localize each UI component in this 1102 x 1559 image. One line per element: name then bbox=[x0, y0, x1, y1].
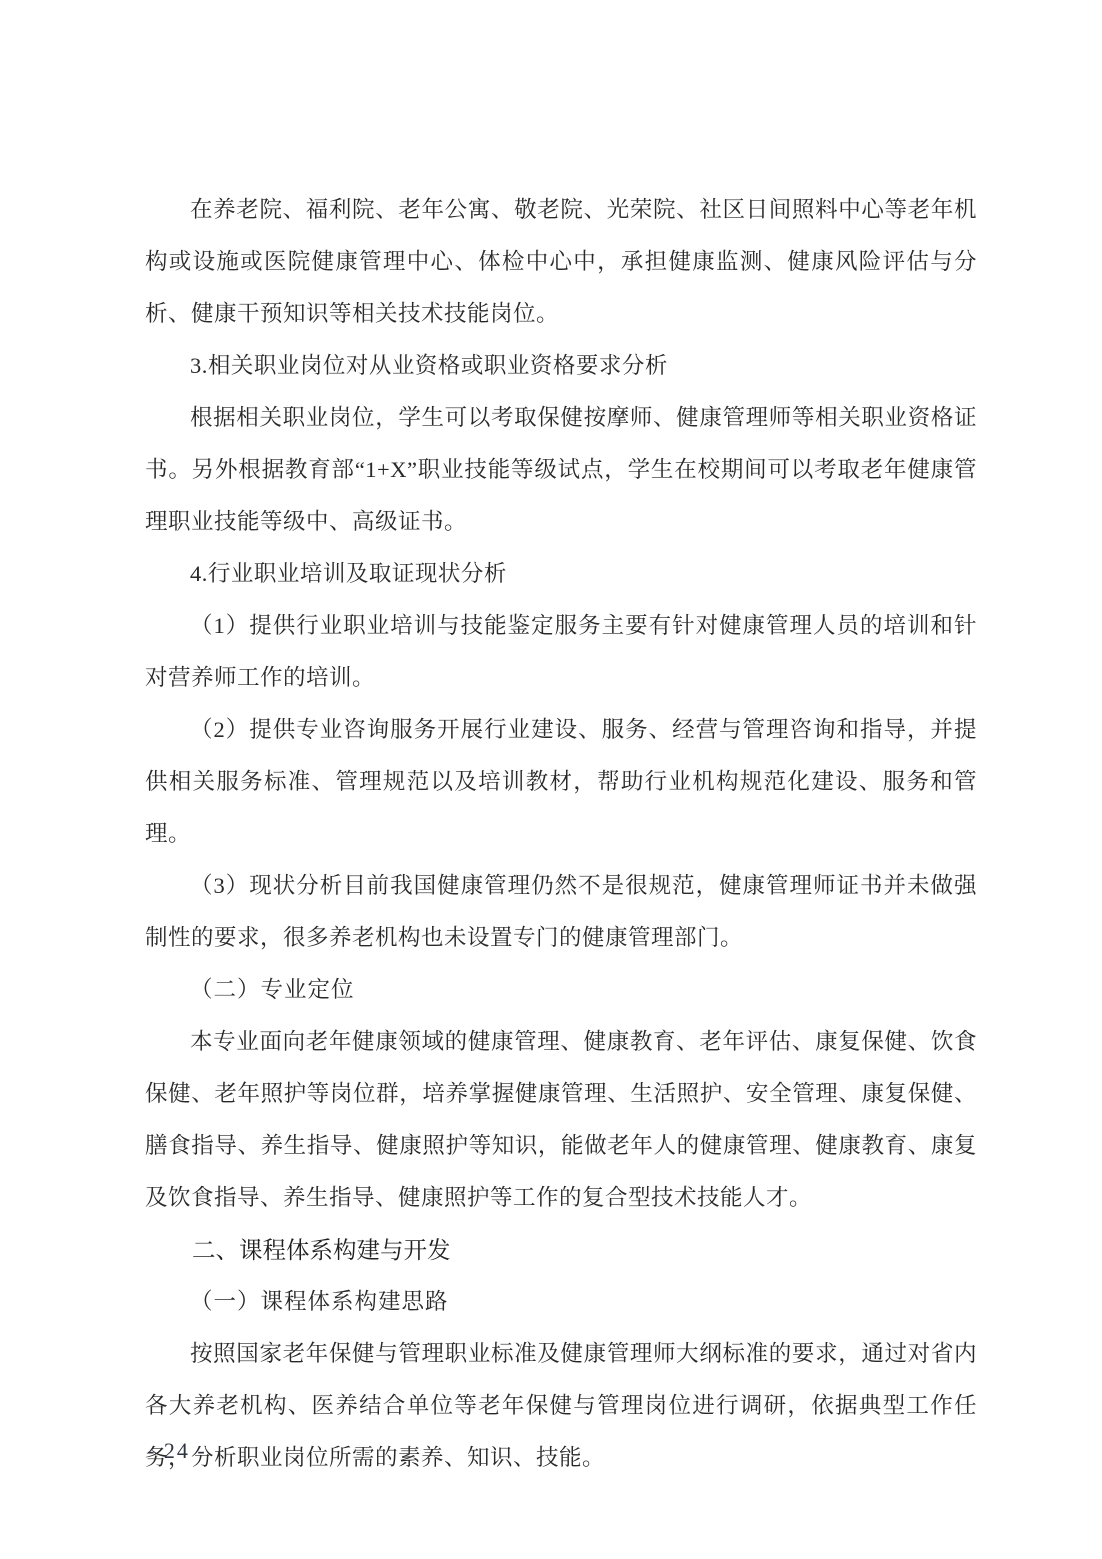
paragraph-curriculum-research: 按照国家老年保健与管理职业标准及健康管理师大纲标准的要求，通过对省内各大养老机构… bbox=[145, 1328, 977, 1484]
paragraph-item-1-training-services: （1）提供行业职业培训与技能鉴定服务主要有针对健康管理人员的培训和针对营养师工作… bbox=[145, 600, 977, 704]
page-number: - 24 - bbox=[147, 1438, 207, 1463]
paragraph-item-2-consulting-services: （2）提供专业咨询服务开展行业建设、服务、经营与管理咨询和指导，并提供相关服务标… bbox=[145, 704, 977, 860]
paragraph-elderly-institutions: 在养老院、福利院、老年公寓、敬老院、光荣院、社区日间照料中心等老年机构或设施或医… bbox=[145, 184, 977, 340]
subheading-2-professional-positioning: （二）专业定位 bbox=[145, 964, 977, 1016]
paragraph-certificates: 根据相关职业岗位，学生可以考取保健按摩师、健康管理师等相关职业资格证书。另外根据… bbox=[145, 392, 977, 548]
heading-3-qualification-analysis: 3.相关职业岗位对从业资格或职业资格要求分析 bbox=[145, 340, 977, 392]
paragraph-professional-positioning-detail: 本专业面向老年健康领域的健康管理、健康教育、老年评估、康复保健、饮食保健、老年照… bbox=[145, 1016, 977, 1224]
paragraph-item-3-status-analysis: （3）现状分析目前我国健康管理仍然不是很规范，健康管理师证书并未做强制性的要求，… bbox=[145, 860, 977, 964]
section-heading-curriculum-system: 二、课程体系构建与开发 bbox=[145, 1224, 977, 1276]
subheading-1-curriculum-construction-idea: （一）课程体系构建思路 bbox=[145, 1276, 977, 1328]
heading-4-training-status: 4.行业职业培训及取证现状分析 bbox=[145, 548, 977, 600]
page-footer: - 24 - bbox=[147, 1436, 207, 1466]
document-page: 在养老院、福利院、老年公寓、敬老院、光荣院、社区日间照料中心等老年机构或设施或医… bbox=[0, 0, 1102, 1559]
page-content: 在养老院、福利院、老年公寓、敬老院、光荣院、社区日间照料中心等老年机构或设施或医… bbox=[145, 184, 977, 1484]
